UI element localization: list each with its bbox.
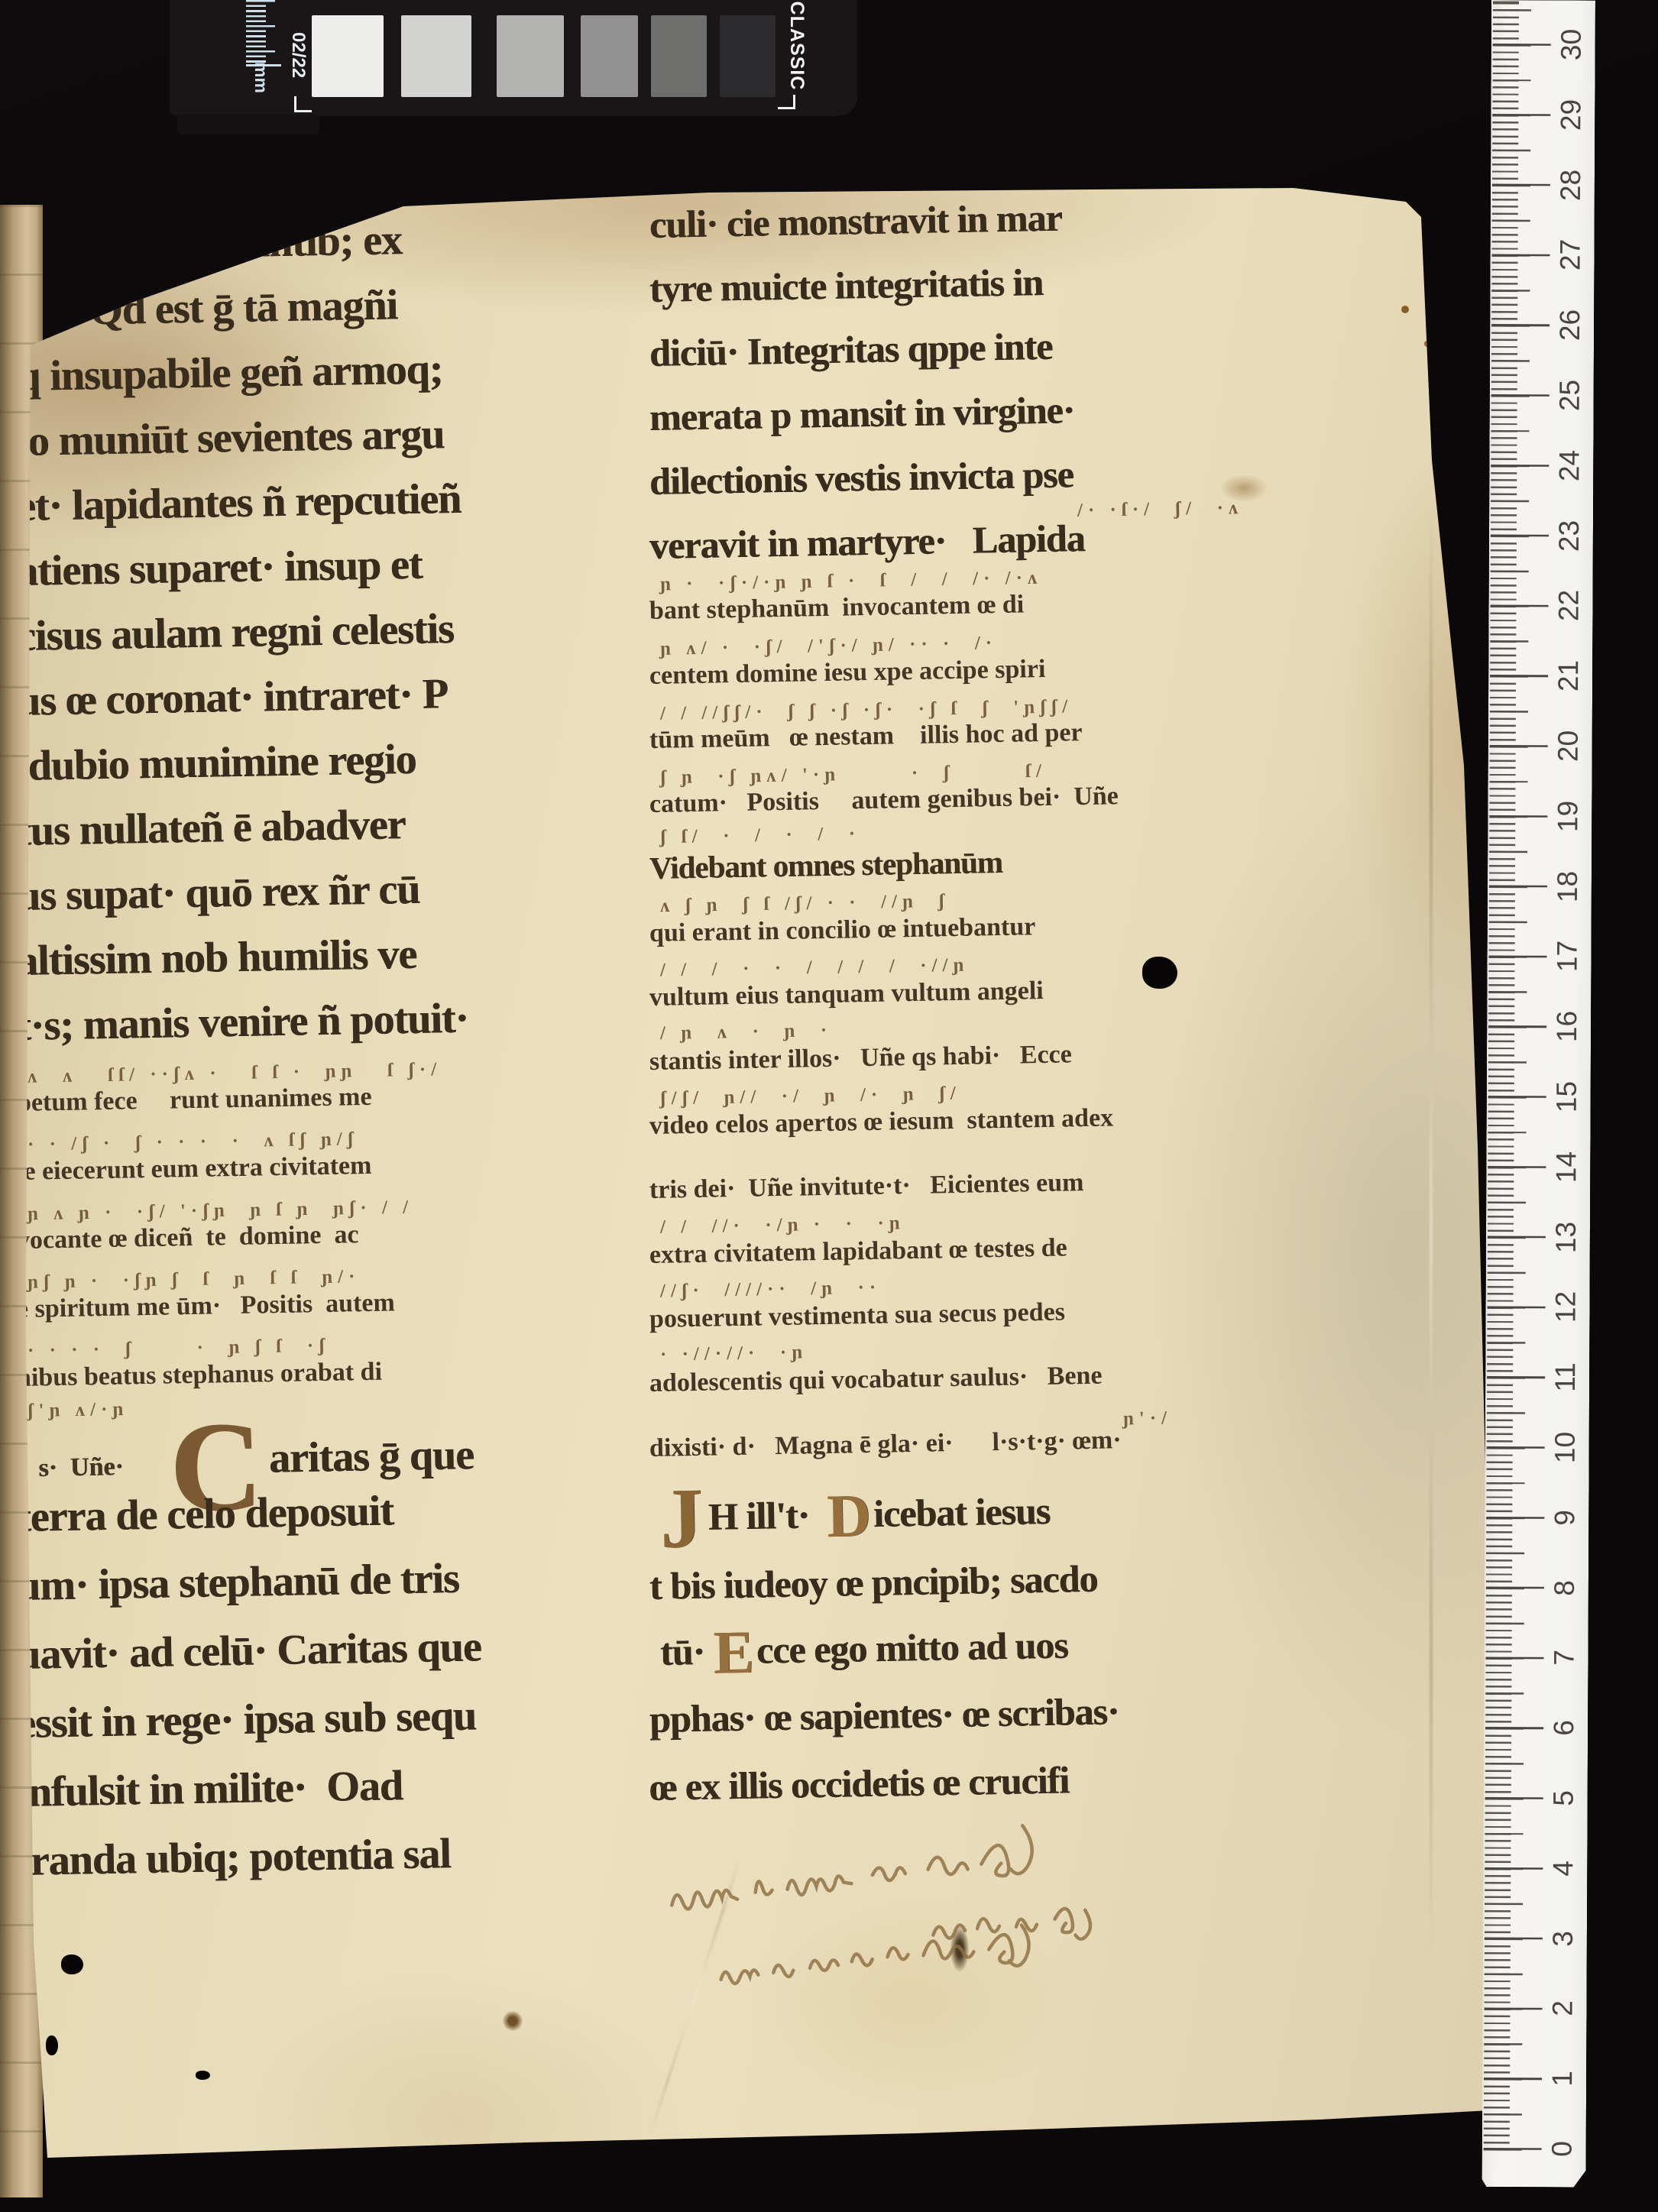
ruler-number-0: 0 <box>1546 2129 1577 2168</box>
right-line: video celos apertos œ iesum stantem adex <box>649 1105 1114 1139</box>
right-line: tyre muicte integritatis in <box>649 263 1044 308</box>
left-line: ldubio munimine regio <box>17 738 416 788</box>
right-line: bant stephanūm invocantem œ di <box>649 591 1025 624</box>
ruler-number-2: 2 <box>1546 1989 1577 2029</box>
right-line: dixisti· d· Magna ē gla· ei· l·s·t·g· œm… <box>649 1427 1122 1462</box>
neume-notation-row: /· ·ſ·/ ʃ/ ·ʌ <box>1077 497 1244 522</box>
right-line: tūm meūm œ nestam illis hoc ad per <box>649 720 1083 753</box>
ruler-number-23: 23 <box>1553 516 1584 555</box>
neume-notation-row: ʃ'ɲ ʌ/·ɲ <box>28 1399 129 1422</box>
wormhole <box>65 240 82 275</box>
left-text-column: benigñ· lapidantib; exret· Qd est ḡ tā m… <box>17 185 651 2156</box>
right-line: diciū· Integritas qppe inte <box>649 327 1053 372</box>
digitized-manuscript-photo: benigñ· lapidantib; exret· Qd est ḡ tā m… <box>0 0 1658 2212</box>
versicle-label: s· Uñe· <box>38 1453 124 1482</box>
left-line: et· lapidantes ñ repcutieñ <box>17 478 461 528</box>
left-line: terra de celo deposuit <box>17 1490 394 1540</box>
ruler-number-25: 25 <box>1554 375 1585 415</box>
ruler-number-15: 15 <box>1551 1077 1582 1116</box>
cm-ruler: 0123456789101112131415161718192021222324… <box>1482 0 1595 2188</box>
ruler-number-5: 5 <box>1548 1778 1579 1818</box>
right-line: merata p mansit in virgine· <box>649 390 1075 436</box>
right-line: catum· Positis autem genibus bei· Uñe <box>649 783 1119 818</box>
left-line: um· ipsa stephanū de tris <box>17 1557 460 1608</box>
right-line: tris dei· Uñe invitute·t· Eicientes eum <box>649 1170 1084 1203</box>
right-line: extra civitatem lapidabant œ testes de <box>649 1235 1067 1268</box>
right-line: posuerunt vestimenta sua secus pedes <box>649 1299 1066 1332</box>
left-line: us œ coronat· intraret· P <box>17 672 449 723</box>
left-line: tus nullateñ ē abadver <box>17 803 406 853</box>
ruler-number-21: 21 <box>1553 656 1583 696</box>
neume-notation-row: ʃ/ʃ/ ɲ// ·/ ɲ /· ɲ ʃ/ <box>660 1083 961 1109</box>
wormhole <box>212 240 221 259</box>
ruler-number-7: 7 <box>1548 1638 1579 1678</box>
ruler-number-3: 3 <box>1547 1919 1578 1958</box>
line-text: icebat iesus <box>873 1489 1051 1535</box>
neume-notation-row: / ɲ ʌ · ɲ · <box>660 1020 833 1044</box>
ruler-number-24: 24 <box>1553 445 1584 485</box>
left-line: petum fece runt unanimes me <box>17 1084 372 1116</box>
grayscale-patch-4 <box>581 15 638 97</box>
neume-notation-row: //ʃ· ////·· /ɲ ·· <box>660 1277 882 1302</box>
neume-notation-row: · · · · ʃ · ɲ ʃ ſ ·ʃ <box>28 1335 330 1362</box>
left-line: infulsit in milite· Oad <box>17 1764 403 1814</box>
ruler-number-22: 22 <box>1553 586 1583 626</box>
left-line: benigñ· lapidantib; ex <box>17 219 403 268</box>
crop-mark-left <box>294 96 312 112</box>
right-line: JH ill't· Dicebat iesus <box>660 1491 1051 1537</box>
card-mm-label: mm <box>248 62 271 108</box>
neume-notation-row: / / //· ·/ɲ · · ·ɲ <box>660 1213 905 1239</box>
ruler-number-27: 27 <box>1554 235 1585 275</box>
ruler-number-30: 30 <box>1556 24 1586 64</box>
ruler-number-6: 6 <box>1548 1708 1579 1748</box>
calibration-card-tab <box>177 115 319 134</box>
neume-notation-row: / / / · · / / / / ·//ɲ <box>660 954 970 981</box>
neume-notation-row: ʃ ſ/ · / · / · <box>660 823 861 848</box>
crop-mark-right <box>778 95 795 109</box>
right-line: vultum eius tanquam vultum angeli <box>649 978 1044 1011</box>
ruler-number-11: 11 <box>1550 1358 1580 1397</box>
right-line: veravit in martyre· Lapida <box>649 519 1085 565</box>
decorated-initial: J <box>660 1514 702 1524</box>
left-line: cisus aulam regni celestis <box>17 607 455 658</box>
left-line: us supat· quō rex ñr cū <box>17 868 420 918</box>
right-line: dilectionis vestis invicta pse <box>649 455 1074 500</box>
left-line: tranda ubiq; potentia sal <box>17 1832 452 1883</box>
left-line: essit in rege· ipsa sub sequ <box>17 1695 477 1745</box>
ruler-number-20: 20 <box>1553 726 1583 766</box>
left-line: œ eiecerunt eum extra civitatem <box>17 1153 372 1185</box>
left-line: altissim nob humilis ve <box>17 933 417 983</box>
right-line: Videbant omnes stephanūm <box>649 847 1003 884</box>
left-line: e spiritum me ūm· Positis autem <box>17 1290 395 1323</box>
card-mm-scale-major-ticks <box>246 0 275 66</box>
line-text: H ill't· <box>708 1493 827 1538</box>
ruler-number-26: 26 <box>1554 306 1585 345</box>
ruler-number-8: 8 <box>1549 1568 1579 1608</box>
ruler-number-18: 18 <box>1552 866 1582 906</box>
neume-notation-row: ʌ ʃ ɲ ʃ ſ /ʃ/ · · //ɲ ʃ <box>660 891 950 918</box>
right-line: tū· Ecce ego mitto ad uos <box>660 1626 1068 1671</box>
annotation-line-2 <box>932 1908 1091 1946</box>
grayscale-patch-6 <box>720 15 776 97</box>
left-line: atiens suparet· insup et <box>17 543 423 593</box>
grayscale-patch-1 <box>312 15 384 97</box>
ruler-number-13: 13 <box>1550 1217 1581 1257</box>
card-date-label: 02/22 <box>286 32 309 101</box>
ruler-number-28: 28 <box>1555 165 1585 205</box>
ruler-cm-ticks <box>1484 0 1551 2155</box>
calibration-card: mm 02/22 r CLASSIC <box>170 0 857 116</box>
ruler-number-17: 17 <box>1551 937 1582 976</box>
grayscale-patch-3 <box>497 15 564 97</box>
line-text: aritas ḡ que <box>268 1431 474 1482</box>
decorated-initial: D <box>827 1513 870 1520</box>
right-line: culi· cie monstravit in mar <box>649 199 1062 244</box>
left-line: t·s; manis venire ñ potuit· <box>17 997 469 1048</box>
neume-notation-row: ɲ'·/ <box>1123 1407 1173 1430</box>
neume-notation-row: · ·//·//· ·ɲ <box>660 1342 808 1365</box>
illuminated-initial-C: C <box>170 1460 262 1475</box>
ruler-number-10: 10 <box>1550 1427 1580 1467</box>
left-line: io muniūt sevientes argu <box>17 413 445 464</box>
left-line: nibus beatus stephanus orabat di <box>17 1359 383 1391</box>
right-line: pphas· œ sapientes· œ scribas· <box>649 1692 1119 1738</box>
right-line: adolescentis qui vocabatur saulus· Bene <box>649 1363 1103 1397</box>
neume-notation-row: ʌ ʌ ſſ/ ··ʃʌ · ſ ſ · ɲɲ ſ ʃ·/ <box>28 1059 442 1087</box>
decorated-initial: E <box>714 1650 753 1657</box>
ruler-number-14: 14 <box>1550 1147 1581 1187</box>
ruler-number-12: 12 <box>1550 1287 1580 1327</box>
annotation-line-1 <box>669 1825 1035 1910</box>
grayscale-patch-2 <box>401 15 471 97</box>
ruler-number-9: 9 <box>1549 1498 1579 1537</box>
left-line: ret· Qd est ḡ tā magñi <box>17 284 398 334</box>
left-line: s· Uñe·Caritas ḡ que <box>37 1420 474 1484</box>
ruler-number-19: 19 <box>1552 796 1582 836</box>
ruler-number-4: 4 <box>1547 1848 1578 1888</box>
ruler-number-29: 29 <box>1555 95 1585 134</box>
inverted-cursive-annotations <box>623 1803 1333 2017</box>
ruler-number-16: 16 <box>1551 1007 1582 1047</box>
ruler-number-1: 1 <box>1546 2059 1577 2099</box>
right-line: stantis inter illos· Uñe qs habi· Ecce <box>649 1041 1072 1075</box>
right-line: œ ex illis occidetis œ crucifi <box>649 1760 1070 1806</box>
line-text: tū· <box>660 1630 714 1673</box>
left-line: q insupabile geñ armoq; <box>17 348 443 399</box>
right-line: qui erant in concilio œ intuebantur <box>649 914 1036 947</box>
left-line: uavit· ad celū· Caritas que <box>17 1626 482 1677</box>
right-line: t bis iudeoy œ pncipib; sacdo <box>649 1559 1098 1605</box>
line-text: cce ego mitto ad uos <box>756 1624 1068 1672</box>
annotation-line-3 <box>719 1925 1030 1984</box>
right-line: centem domine iesu xpe accipe spiri <box>649 656 1046 689</box>
card-brand-label: r CLASSIC <box>785 0 808 109</box>
grayscale-patch-5 <box>651 15 707 97</box>
left-line: vocante œ diceñ te domine ac <box>17 1222 359 1254</box>
